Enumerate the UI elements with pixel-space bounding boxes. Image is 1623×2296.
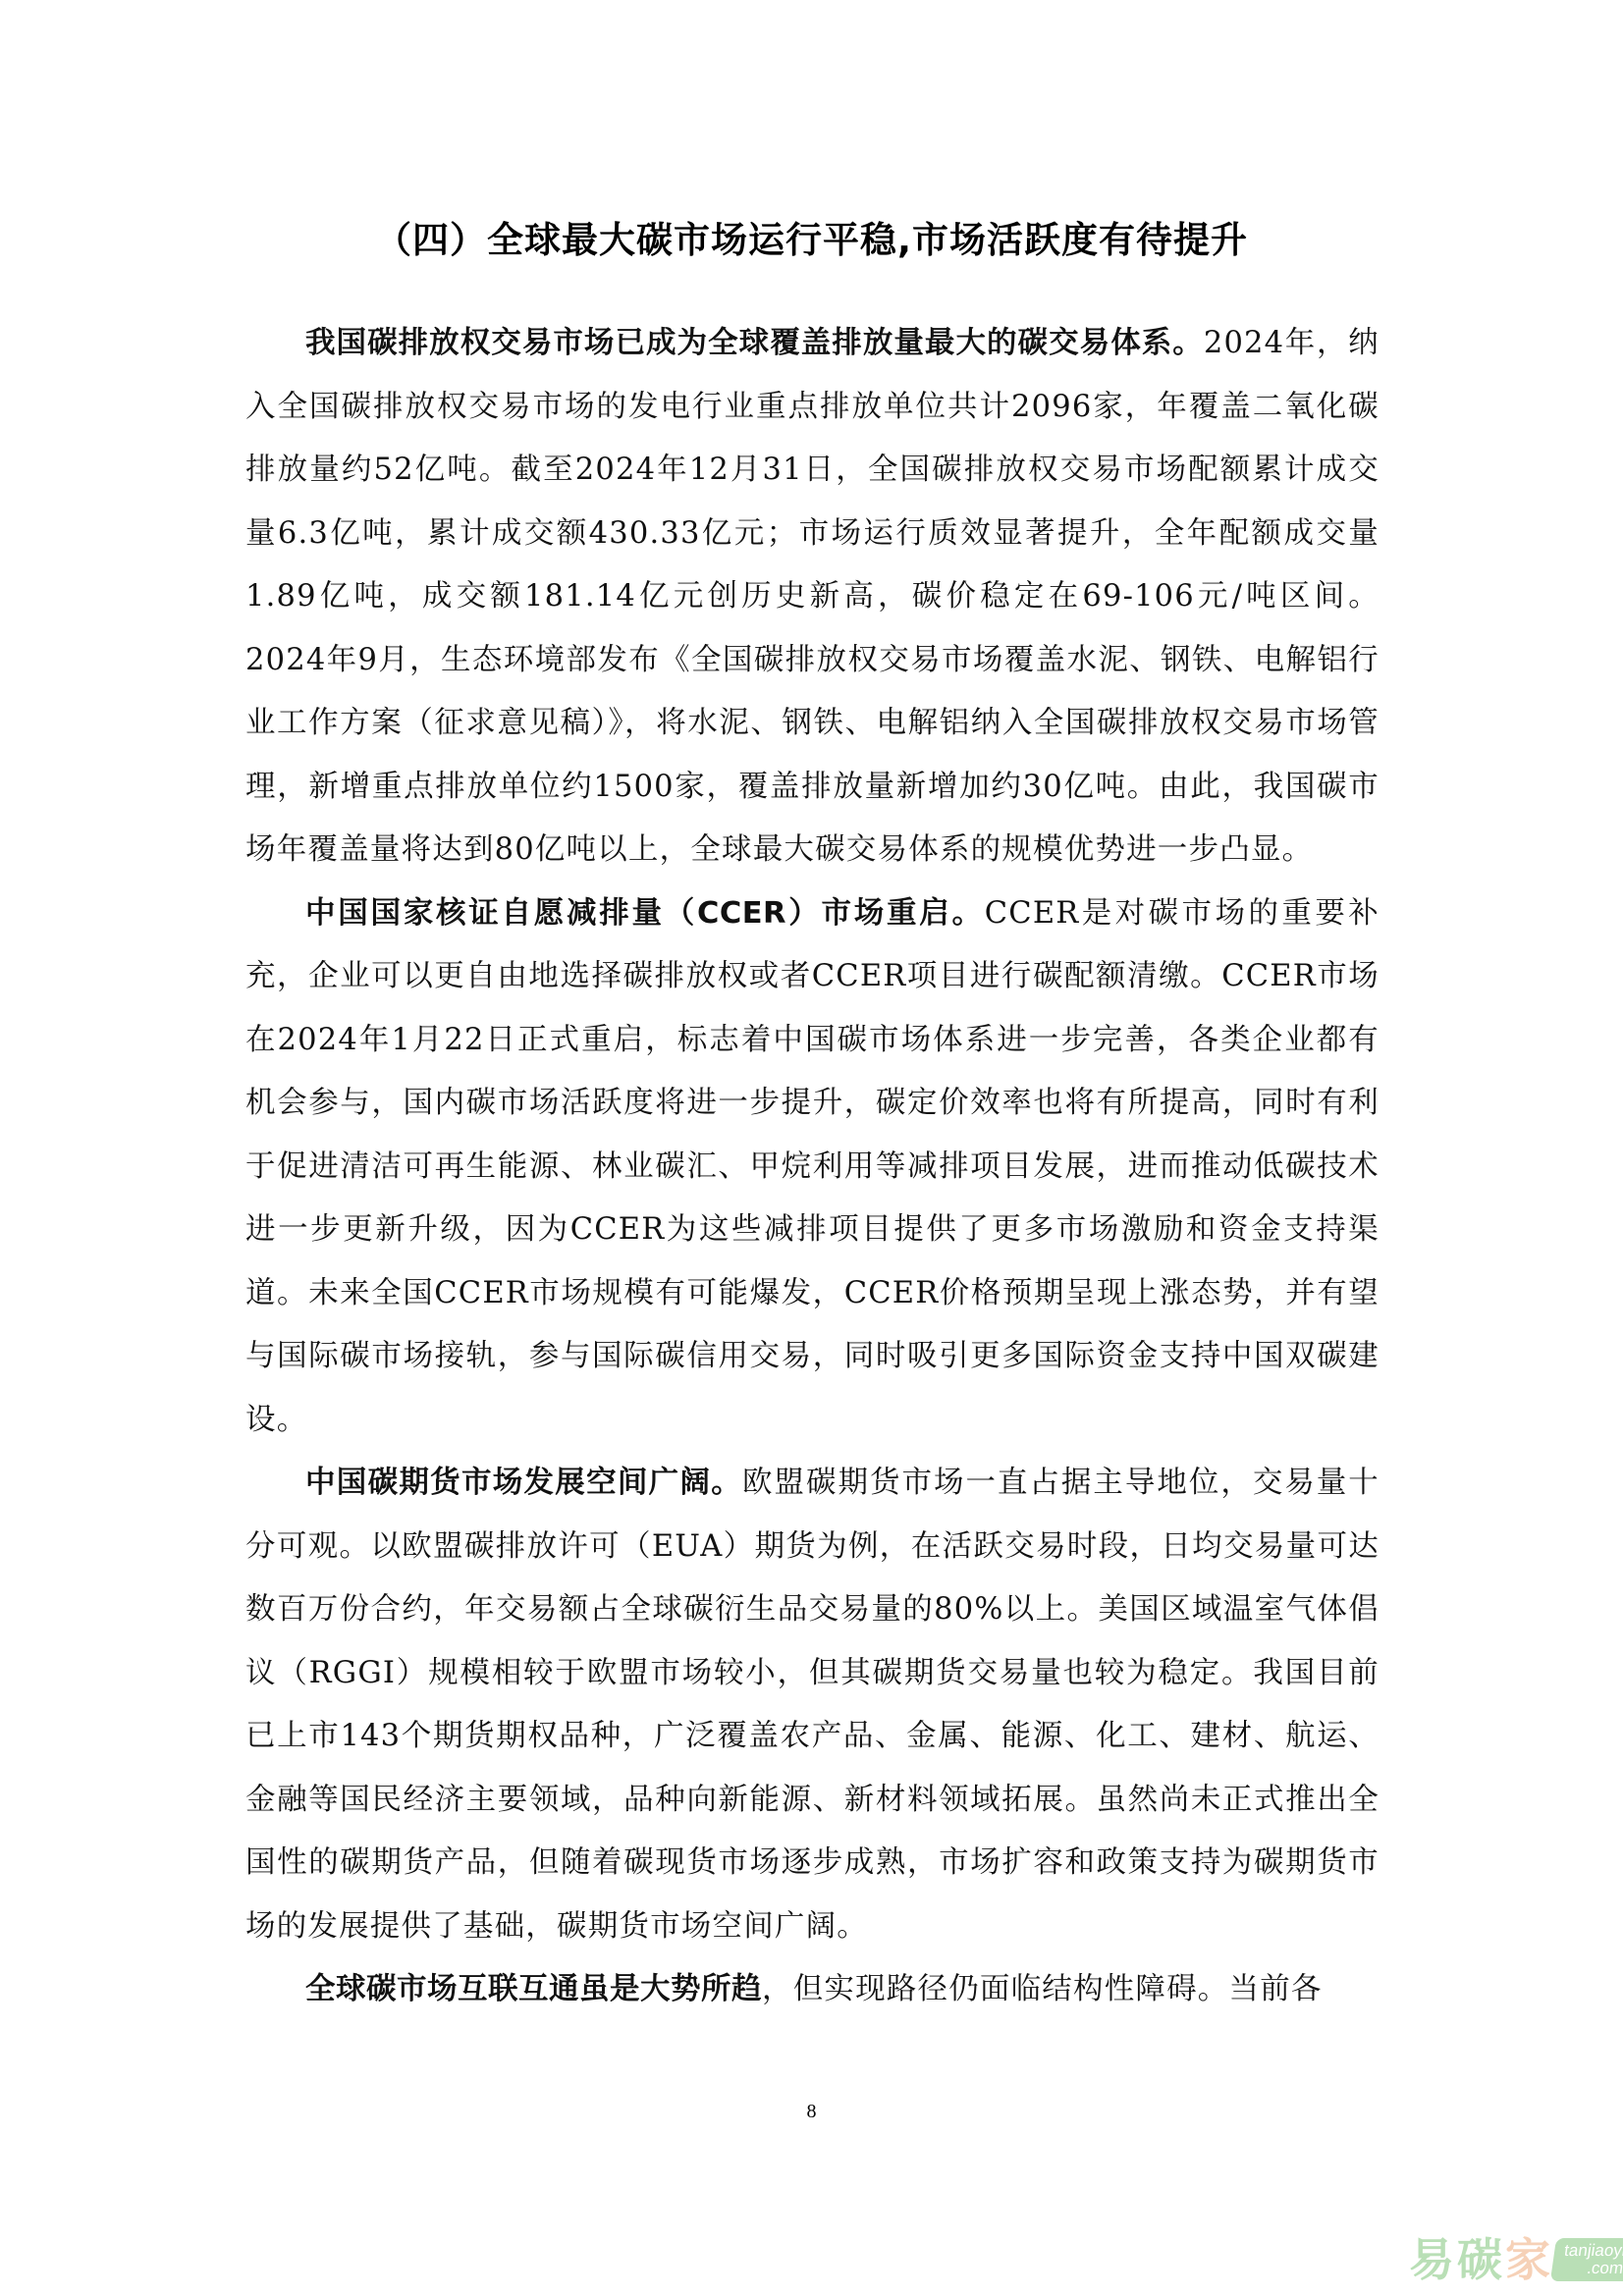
paragraph-lead: 全球碳市场互联互通虽是大势所趋 xyxy=(305,1972,762,2006)
page-number: 8 xyxy=(0,2101,1623,2123)
paragraph-lead: 中国碳期货市场发展空间广阔。 xyxy=(305,1466,742,1500)
watermark-tld: .com xyxy=(1586,2259,1623,2277)
watermark-char: 碳 xyxy=(1457,2237,1502,2282)
watermark-logo: 易 碳 家 tanjiaoyi .com xyxy=(1409,2230,1620,2289)
paragraph-ccer: 中国国家核证自愿减排量（CCER）市场重启。CCER是对碳市场的重要补充，企业可… xyxy=(245,882,1380,1453)
body-text: 我国碳排放权交易市场已成为全球覆盖排放量最大的碳交易体系。2024年，纳入全国碳… xyxy=(245,312,1380,2022)
paragraph-text: 2024年，纳入全国碳排放权交易市场的发电行业重点排放单位共计2096家，年覆盖… xyxy=(245,326,1380,867)
watermark-domain: tanjiaoyi xyxy=(1563,2241,1623,2260)
paragraph-text: CCER是对碳市场的重要补充，企业可以更自由地选择碳排放权或者CCER项目进行碳… xyxy=(245,896,1380,1437)
section-heading: （四）全球最大碳市场运行平稳,市场活跃度有待提升 xyxy=(0,210,1623,263)
paragraph-text: 欧盟碳期货市场一直占据主导地位，交易量十分可观。以欧盟碳排放许可（EUA）期货为… xyxy=(245,1466,1380,1944)
paragraph-futures: 中国碳期货市场发展空间广阔。欧盟碳期货市场一直占据主导地位，交易量十分可观。以欧… xyxy=(245,1452,1380,1958)
watermark-char: 易 xyxy=(1409,2237,1454,2282)
paragraph-text: ，但实现路径仍面临结构性障碍。当前各 xyxy=(762,1972,1323,2006)
watermark-char: 家 xyxy=(1505,2237,1550,2282)
watermark-badge: tanjiaoyi .com xyxy=(1550,2238,1623,2281)
paragraph-lead: 中国国家核证自愿减排量（CCER）市场重启。 xyxy=(305,896,985,931)
paragraph-lead: 我国碳排放权交易市场已成为全球覆盖排放量最大的碳交易体系。 xyxy=(305,326,1204,360)
paragraph-carbon-market: 我国碳排放权交易市场已成为全球覆盖排放量最大的碳交易体系。2024年，纳入全国碳… xyxy=(245,312,1380,882)
document-page: （四）全球最大碳市场运行平稳,市场活跃度有待提升 我国碳排放权交易市场已成为全球… xyxy=(0,0,1623,2296)
paragraph-interconnection: 全球碳市场互联互通虽是大势所趋，但实现路径仍面临结构性障碍。当前各 xyxy=(245,1958,1380,2022)
